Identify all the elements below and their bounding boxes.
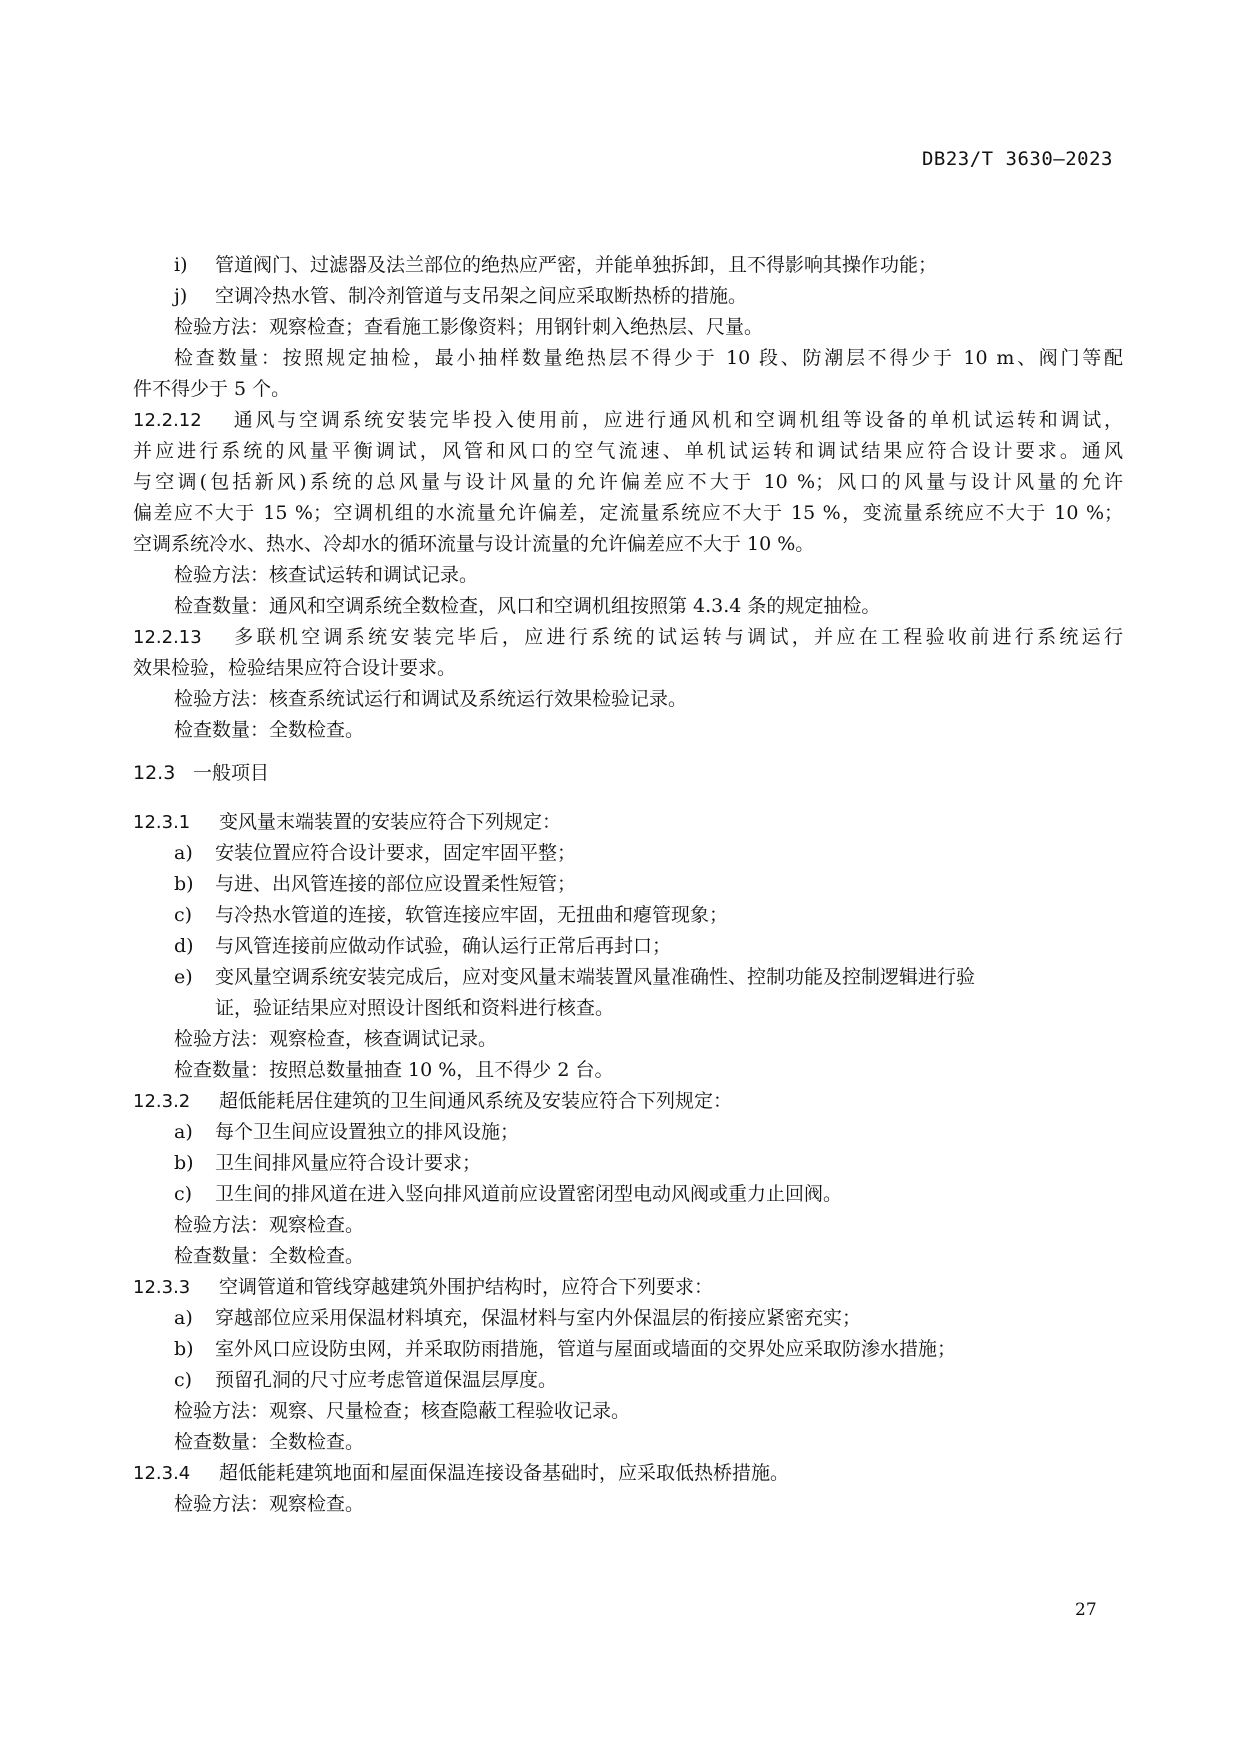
list-marker: a) <box>174 1303 193 1334</box>
list-item-b: b) 与进、出风管连接的部位应设置柔性短管； <box>133 869 1123 900</box>
inspection-quantity: 检查数量：按照规定抽检，最小抽样数量绝热层不得少于 10 段、防潮层不得少于 1… <box>133 343 1123 374</box>
inspection-method: 检验方法：核查系统试运行和调试及系统运行效果检验记录。 <box>133 684 1123 715</box>
clause-12-3-1: 12.3.1变风量末端装置的安装应符合下列规定： <box>133 807 1123 838</box>
list-marker: i) <box>174 250 188 281</box>
list-item-a: a) 穿越部位应采用保温材料填充，保温材料与室内外保温层的衔接应紧密充实； <box>133 1303 1123 1334</box>
clause-text: 空调管道和管线穿越建筑外围护结构时，应符合下列要求： <box>219 1276 713 1298</box>
inspection-method: 检验方法：观察检查。 <box>133 1210 1123 1241</box>
list-item-e-cont: 证，验证结果应对照设计图纸和资料进行核查。 <box>133 993 1123 1024</box>
clause-text: 变风量末端装置的安装应符合下列规定： <box>219 811 561 833</box>
list-marker: a) <box>174 1117 193 1148</box>
list-text: 管道阀门、过滤器及法兰部位的绝热应严密，并能单独拆卸，且不得影响其操作功能； <box>215 254 937 276</box>
list-text: 卫生间排风量应符合设计要求； <box>215 1152 481 1174</box>
section-heading-12-3: 12.3一般项目 <box>133 758 1123 789</box>
list-marker: b) <box>174 1334 194 1365</box>
list-text: 与进、出风管连接的部位应设置柔性短管； <box>215 873 576 895</box>
clause-text: 多联机空调系统安装完毕后，应进行系统的试运转与调试，并应在工程验收前进行系统运行 <box>231 626 1123 648</box>
list-text: 穿越部位应采用保温材料填充，保温材料与室内外保温层的衔接应紧密充实； <box>215 1307 861 1329</box>
list-item-a: a) 每个卫生间应设置独立的排风设施； <box>133 1117 1123 1148</box>
section-title: 一般项目 <box>193 762 269 784</box>
list-marker: j) <box>174 281 187 312</box>
list-item-b: b) 室外风口应设防虫网，并采取防雨措施，管道与屋面或墙面的交界处应采取防渗水措… <box>133 1334 1123 1365</box>
list-marker: d) <box>174 931 194 962</box>
list-item-a: a) 安装位置应符合设计要求，固定牢固平整； <box>133 838 1123 869</box>
list-item-c: c) 与冷热水管道的连接，软管连接应牢固，无扭曲和瘪管现象； <box>133 900 1123 931</box>
clause-text-line: 与空调(包括新风)系统的总风量与设计风量的允许偏差应不大于 10 %；风口的风量… <box>133 467 1123 498</box>
list-text: 与风管连接前应做动作试验，确认运行正常后再封口； <box>215 935 671 957</box>
document-body: i) 管道阀门、过滤器及法兰部位的绝热应严密，并能单独拆卸，且不得影响其操作功能… <box>133 250 1123 1520</box>
clause-12-2-12: 12.2.12通风与空调系统安装完毕投入使用前，应进行通风机和空调机组等设备的单… <box>133 405 1123 436</box>
clause-number: 12.3.4 <box>133 1458 219 1489</box>
list-item-j: j) 空调冷热水管、制冷剂管道与支吊架之间应采取断热桥的措施。 <box>133 281 1123 312</box>
clause-text: 超低能耗建筑地面和屋面保温连接设备基础时，应采取低热桥措施。 <box>219 1462 789 1484</box>
inspection-quantity: 检查数量：全数检查。 <box>133 715 1123 746</box>
page-number: 27 <box>1075 1600 1097 1620</box>
clause-text-line: 空调系统冷水、热水、冷却水的循环流量与设计流量的允许偏差应不大于 10 %。 <box>133 529 1123 560</box>
clause-12-3-3: 12.3.3空调管道和管线穿越建筑外围护结构时，应符合下列要求： <box>133 1272 1123 1303</box>
clause-number: 12.3.2 <box>133 1086 219 1117</box>
list-text: 每个卫生间应设置独立的排风设施； <box>215 1121 519 1143</box>
inspection-quantity: 检查数量：全数检查。 <box>133 1241 1123 1272</box>
inspection-quantity: 检查数量：通风和空调系统全数检查，风口和空调机组按照第 4.3.4 条的规定抽检… <box>133 591 1123 622</box>
list-marker: c) <box>174 1179 192 1210</box>
list-text: 室外风口应设防虫网，并采取防雨措施，管道与屋面或墙面的交界处应采取防渗水措施； <box>215 1338 956 1360</box>
list-marker: c) <box>174 900 192 931</box>
clause-12-2-13: 12.2.13多联机空调系统安装完毕后，应进行系统的试运转与调试，并应在工程验收… <box>133 622 1123 653</box>
section-number: 12.3 <box>133 758 193 789</box>
clause-text-line: 效果检验，检验结果应符合设计要求。 <box>133 653 1123 684</box>
inspection-quantity: 检查数量：全数检查。 <box>133 1427 1123 1458</box>
list-text: 变风量空调系统安装完成后，应对变风量末端装置风量准确性、控制功能及控制逻辑进行验 <box>215 966 975 988</box>
list-text: 空调冷热水管、制冷剂管道与支吊架之间应采取断热桥的措施。 <box>215 285 747 307</box>
clause-text-line: 偏差应不大于 15 %；空调机组的水流量允许偏差，定流量系统应不大于 15 %，… <box>133 498 1123 529</box>
inspection-method: 检验方法：观察检查；查看施工影像资料；用钢针刺入绝热层、尺量。 <box>133 312 1123 343</box>
clause-12-3-2: 12.3.2超低能耗居住建筑的卫生间通风系统及安装应符合下列规定： <box>133 1086 1123 1117</box>
inspection-method: 检验方法：观察、尺量检查；核查隐蔽工程验收记录。 <box>133 1396 1123 1427</box>
list-marker: c) <box>174 1365 192 1396</box>
inspection-quantity: 检查数量：按照总数量抽查 10 %，且不得少 2 台。 <box>133 1055 1123 1086</box>
list-text: 卫生间的排风道在进入竖向排风道前应设置密闭型电动风阀或重力止回阀。 <box>215 1183 842 1205</box>
list-text: 安装位置应符合设计要求，固定牢固平整； <box>215 842 576 864</box>
clause-number: 12.3.1 <box>133 807 219 838</box>
list-marker: e) <box>174 962 193 993</box>
list-item-i: i) 管道阀门、过滤器及法兰部位的绝热应严密，并能单独拆卸，且不得影响其操作功能… <box>133 250 1123 281</box>
clause-12-3-4: 12.3.4超低能耗建筑地面和屋面保温连接设备基础时，应采取低热桥措施。 <box>133 1458 1123 1489</box>
list-item-e: e) 变风量空调系统安装完成后，应对变风量末端装置风量准确性、控制功能及控制逻辑… <box>133 962 1123 993</box>
clause-text: 通风与空调系统安装完毕投入使用前，应进行通风机和空调机组等设备的单机试运转和调试… <box>231 409 1123 431</box>
list-item-c: c) 预留孔洞的尺寸应考虑管道保温层厚度。 <box>133 1365 1123 1396</box>
inspection-method: 检验方法：观察检查。 <box>133 1489 1123 1520</box>
inspection-method: 检验方法：核查试运转和调试记录。 <box>133 560 1123 591</box>
clause-text-line: 并应进行系统的风量平衡调试，风管和风口的空气流速、单机试运转和调试结果应符合设计… <box>133 436 1123 467</box>
list-marker: a) <box>174 838 193 869</box>
list-item-c: c) 卫生间的排风道在进入竖向排风道前应设置密闭型电动风阀或重力止回阀。 <box>133 1179 1123 1210</box>
clause-number: 12.3.3 <box>133 1272 219 1303</box>
list-item-b: b) 卫生间排风量应符合设计要求； <box>133 1148 1123 1179</box>
list-marker: b) <box>174 869 194 900</box>
clause-number: 12.2.12 <box>133 405 231 436</box>
list-text: 预留孔洞的尺寸应考虑管道保温层厚度。 <box>215 1369 557 1391</box>
clause-number: 12.2.13 <box>133 622 231 653</box>
list-text: 与冷热水管道的连接，软管连接应牢固，无扭曲和瘪管现象； <box>215 904 728 926</box>
clause-text: 超低能耗居住建筑的卫生间通风系统及安装应符合下列规定： <box>219 1090 732 1112</box>
inspection-quantity-cont: 件不得少于 5 个。 <box>133 374 1123 405</box>
inspection-method: 检验方法：观察检查，核查调试记录。 <box>133 1024 1123 1055</box>
list-marker: b) <box>174 1148 194 1179</box>
document-standard-code: DB23/T 3630—2023 <box>922 148 1113 170</box>
list-item-d: d) 与风管连接前应做动作试验，确认运行正常后再封口； <box>133 931 1123 962</box>
